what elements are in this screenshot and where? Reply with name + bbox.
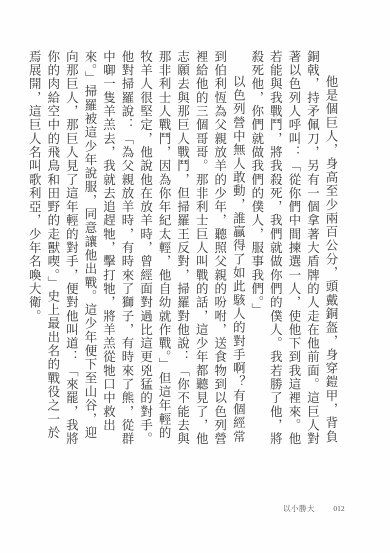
body-text: 他是個巨人，身高至少兩百公分，頭戴銅盔，身穿鎧甲，背負銅戟，持矛佩刀，另有一個拿… xyxy=(25,50,340,450)
book-page: 他是個巨人，身高至少兩百公分，頭戴銅盔，身穿鎧甲，背負銅戟，持矛佩刀，另有一個拿… xyxy=(0,0,390,553)
page-footer: 以小勝大 012 xyxy=(283,503,345,514)
page-number: 012 xyxy=(333,504,344,513)
running-title: 以小勝大 xyxy=(283,504,315,513)
paragraph-2: 以色列營中無人敢動，誰贏得了如此駭人的對手啊？有個經常到伯利恆為父親放羊的少年，… xyxy=(25,50,248,450)
paragraph-1: 他是個巨人，身高至少兩百公分，頭戴銅盔，身穿鎧甲，背負銅戟，持矛佩刀，另有一個拿… xyxy=(247,50,340,450)
